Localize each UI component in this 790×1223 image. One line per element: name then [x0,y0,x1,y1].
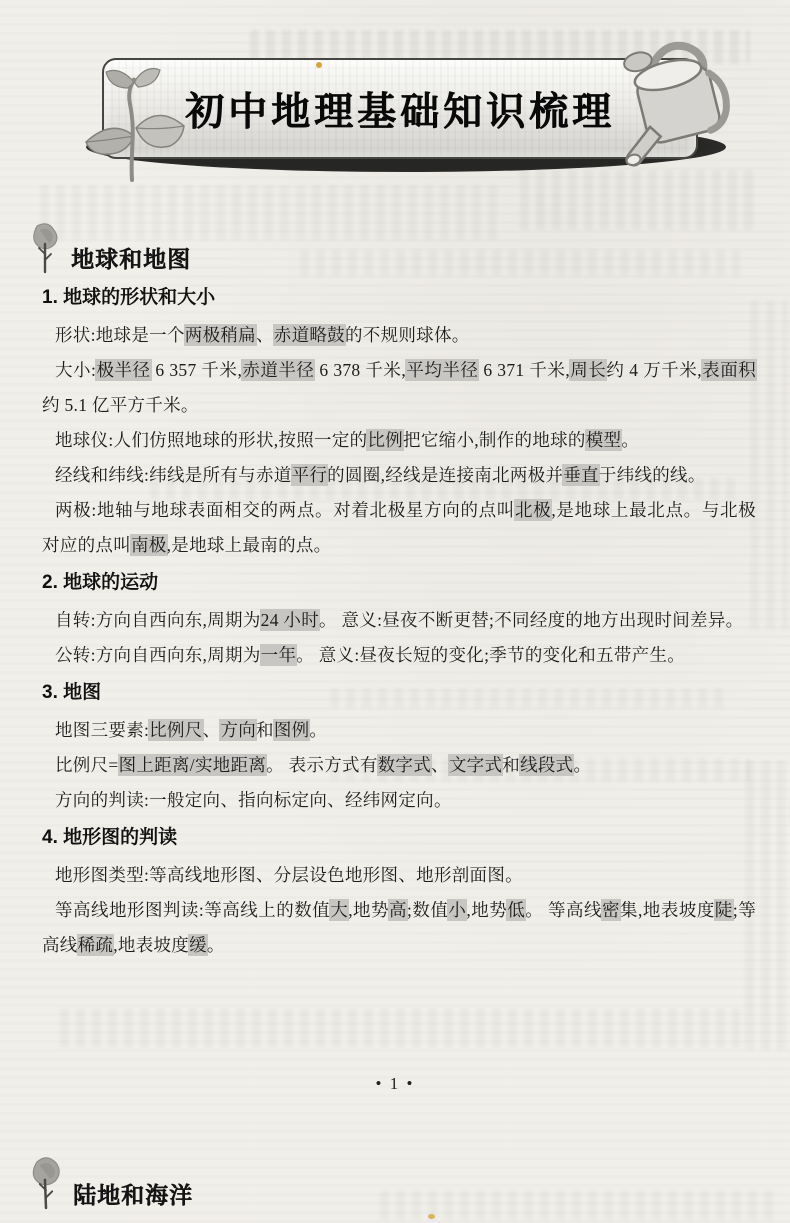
text-segment: 、 [431,755,449,775]
text-segment: 和 [502,755,520,775]
title-banner: 初中地理基础知识梳理 [84,58,730,180]
text-segment: 6 357 千米, [151,360,243,380]
section-header-earth-maps: 地球和地图 [28,222,191,274]
paragraph-rotation: 自转:方向自西向东,周期为24 小时。 意义:昼夜不断更替;不同经度的地方出现时… [42,603,756,638]
decorative-dot [316,62,322,68]
decorative-dot [428,1214,435,1219]
topic-heading-4: 4. 地形图的判读 [42,824,756,852]
section-title: 陆地和海洋 [73,1184,193,1210]
bleed-texture [60,1008,740,1048]
text-segment: 6 378 千米, [314,360,406,380]
text-segment: 、 [203,720,221,740]
text-segment: 等高线地形图判读:等高线上的数值 [55,900,330,920]
topic-heading-3: 3. 地图 [42,679,756,707]
text-segment: 。 [573,755,591,775]
highlighted-term: 两极稍扁 [185,325,256,345]
text-segment: 地图三要素: [55,720,149,740]
highlighted-term: 周长 [570,360,606,380]
tree-icon [28,222,62,274]
highlighted-term: 表面积 [702,360,756,380]
highlighted-term: 图上距离/实地距离 [119,755,267,775]
text-segment: ,地势 [348,900,389,920]
paragraph-scale: 比例尺=图上距离/实地距离。 表示方式有数字式、文字式和线段式。 [42,748,756,783]
text-segment: 公转:方向自西向东,周期为 [55,645,261,665]
section-title: 地球和地图 [71,248,191,274]
highlighted-term: 缓 [189,935,207,955]
highlighted-term: 图例 [274,720,310,740]
text-segment: 的不规则球体。 [345,325,470,345]
text-segment: 6 371 千米, [478,360,570,380]
paragraph-direction: 方向的判读:一般定向、指向标定向、经纬网定向。 [42,783,756,818]
highlighted-term: 文字式 [449,755,502,775]
paragraph-poles: 两极:地轴与地球表面相交的两点。对着北极星方向的点叫北极,是地球上最北点。与北极… [42,493,756,563]
highlighted-term: 大 [330,900,348,920]
highlighted-term: 南极 [131,535,167,555]
highlighted-term: 方向 [220,720,256,740]
text-segment: 约 4 万千米, [606,360,702,380]
highlighted-term: 低 [507,900,525,920]
text-segment: 大小: [55,360,96,380]
paragraph-contour-reading: 等高线地形图判读:等高线上的数值大,地势高;数值小,地势低。 等高线密集,地表坡… [42,893,756,963]
highlighted-term: 24 小时 [261,610,319,630]
bleed-texture [380,1190,780,1220]
text-segment: ,是地球上最南的点。 [167,535,332,555]
text-segment: 集,地表坡度 [620,900,715,920]
text-segment: 。 [621,430,639,450]
paragraph-globe: 地球仪:人们仿照地球的形状,按照一定的比例把它缩小,制作的地球的模型。 [42,423,756,458]
highlighted-term: 垂直 [563,465,599,485]
text-segment: 形状:地球是一个 [55,325,185,345]
highlighted-term: 数字式 [378,755,431,775]
highlighted-term: 赤道半径 [242,360,314,380]
highlighted-term: 小 [448,900,466,920]
text-segment: 地形图类型:等高线地形图、分层设色地形图、地形剖面图。 [55,865,523,885]
text-segment: ,地势 [466,900,507,920]
text-segment: 。 意义:昼夜长短的变化;季节的变化和五带产生。 [296,645,685,665]
text-segment: 。 表示方式有 [266,755,377,775]
book-page: 初中地理基础知识梳理 [0,0,790,1223]
highlighted-term: 北极 [515,500,551,520]
page-number: • 1 • [0,1074,790,1094]
text-segment: 于纬线的线。 [599,465,706,485]
text-segment: 自转:方向自西向东,周期为 [55,610,261,630]
paragraph-map-elements: 地图三要素:比例尺、方向和图例。 [42,713,756,748]
page-title: 初中地理基础知识梳理 [185,81,615,137]
highlighted-term: 平行 [292,465,328,485]
topic-heading-2: 2. 地球的运动 [42,569,756,597]
paragraph-revolution: 公转:方向自西向东,周期为一年。 意义:昼夜长短的变化;季节的变化和五带产生。 [42,638,756,673]
highlighted-term: 模型 [586,430,622,450]
highlighted-term: 一年 [261,645,297,665]
highlighted-term: 平均半径 [406,360,478,380]
paragraph-meridians-parallels: 经线和纬线:纬线是所有与赤道平行的圆圈,经线是连接南北两极并垂直于纬线的线。 [42,458,756,493]
highlighted-term: 比例尺 [149,720,202,740]
text-segment: 。 [207,935,225,955]
text-segment: 把它缩小,制作的地球的 [403,430,586,450]
highlighted-term: 比例 [367,430,403,450]
text-segment: 和 [256,720,274,740]
text-segment: 两极:地轴与地球表面相交的两点。对着北极星方向的点叫 [55,500,515,520]
highlighted-term: 高 [389,900,407,920]
text-segment: 。 [309,720,327,740]
tree-icon [28,1156,64,1210]
paragraph-shape: 形状:地球是一个两极稍扁、赤道略鼓的不规则球体。 [42,318,756,353]
text-segment: 经线和纬线:纬线是所有与赤道 [55,465,292,485]
highlighted-term: 稀疏 [78,935,114,955]
highlighted-term: 线段式 [520,755,573,775]
sprout-icon [72,56,192,182]
highlighted-term: 极半径 [96,360,150,380]
content-column: 1. 地球的形状和大小 形状:地球是一个两极稍扁、赤道略鼓的不规则球体。 大小:… [42,278,756,963]
paragraph-terrain-types: 地形图类型:等高线地形图、分层设色地形图、地形剖面图。 [42,858,756,893]
text-segment: 地球仪:人们仿照地球的形状,按照一定的 [55,430,367,450]
text-segment: 比例尺= [55,755,119,775]
text-segment: 。 等高线 [525,900,602,920]
topic-heading-1: 1. 地球的形状和大小 [42,284,756,312]
text-segment: 、 [256,325,274,345]
paragraph-size: 大小:极半径 6 357 千米,赤道半径 6 378 千米,平均半径 6 371… [42,353,756,423]
text-segment: 方向的判读:一般定向、指向标定向、经纬网定向。 [55,790,452,810]
text-segment: 约 5.1 亿平方千米。 [42,395,199,415]
text-segment: ;数值 [407,900,448,920]
text-segment: 的圆圈,经线是连接南北两极并 [327,465,563,485]
highlighted-term: 陡 [715,900,733,920]
highlighted-term: 赤道略鼓 [274,325,345,345]
highlighted-term: 密 [602,900,620,920]
watering-can-icon [604,36,752,176]
bleed-texture [300,250,740,276]
text-segment: ,地表坡度 [113,935,189,955]
text-segment: 。 意义:昼夜不断更替;不同经度的地方出现时间差异。 [319,610,743,630]
section-header-land-oceans: 陆地和海洋 [28,1156,193,1210]
